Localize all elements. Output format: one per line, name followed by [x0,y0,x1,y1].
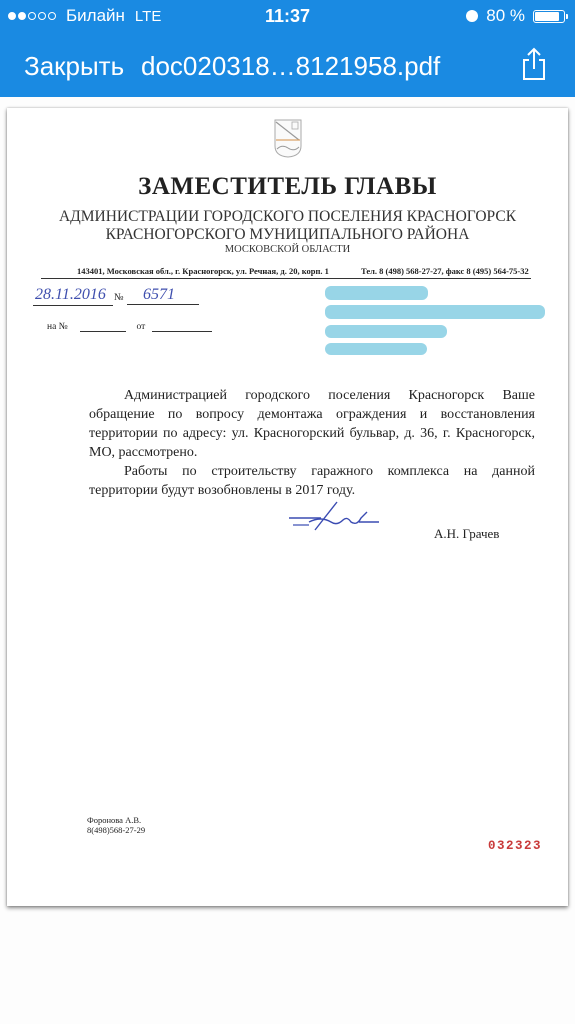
coat-of-arms-icon [273,118,303,158]
top-bar: Билайн LTE 11:37 80 % Закрыть doc020318…… [0,0,575,97]
document-title: ЗАМЕСТИТЕЛЬ ГЛАВЫ [7,173,568,201]
date-line [33,305,113,306]
signature-icon [287,500,383,536]
reference-from-label: от [137,322,146,332]
executor-phone: 8(498)568-27-29 [87,825,145,835]
handwritten-number: 6571 [127,286,199,305]
document-subtitle-1: АДМИНИСТРАЦИИ ГОРОДСКОГО ПОСЕЛЕНИЯ КРАСН… [7,208,568,226]
executor-info: Форонова А.В. 8(498)568-27-29 [87,815,145,835]
handwritten-date: 28.11.2016 [35,286,106,304]
pdf-page: ЗАМЕСТИТЕЛЬ ГЛАВЫ АДМИНИСТРАЦИИ ГОРОДСКО… [7,108,568,906]
serial-number: 032323 [488,839,542,853]
battery-percent: 80 % [486,6,525,26]
reference-no-label: на № [47,322,68,332]
close-button[interactable]: Закрыть [24,51,124,82]
nav-bar: Закрыть doc020318…8121958.pdf [0,45,575,90]
status-bar: Билайн LTE 11:37 80 % [0,6,575,28]
reference-line: на № от [47,322,212,332]
battery-icon [533,10,565,23]
letter-body: Администрацией городского поселения Крас… [89,386,535,500]
letterhead-address: 143401, Московская обл., г. Красногорск,… [41,266,531,279]
document-subtitle-3: МОСКОВСКОЙ ОБЛАСТИ [7,244,568,255]
number-label: № [114,292,124,303]
phone-numbers: Тел. 8 (498) 568-27-27, факс 8 (495) 564… [361,266,529,276]
executor-name: Форонова А.В. [87,815,145,825]
paragraph-1: Администрацией городского поселения Крас… [89,386,535,462]
document-subtitle-2: КРАСНОГОРСКОГО МУНИЦИПАЛЬНОГО РАЙОНА [7,226,568,244]
paragraph-2: Работы по строительству гаражного компле… [89,462,535,500]
alarm-icon [466,10,478,22]
share-icon[interactable] [519,47,549,81]
file-name: doc020318…8121958.pdf [141,51,440,82]
postal-address: 143401, Московская обл., г. Красногорск,… [77,266,329,276]
signer-name: А.Н. Грачев [434,526,499,542]
